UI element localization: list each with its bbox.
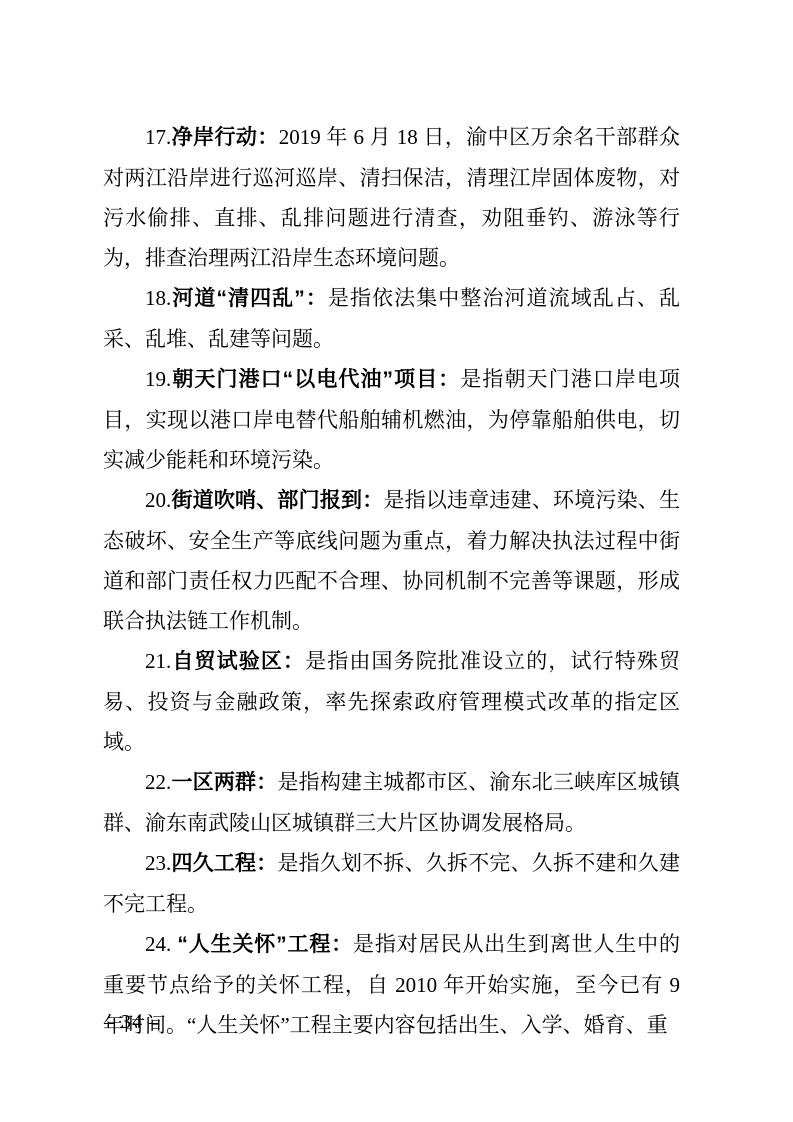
entry-number: 22. <box>145 770 171 794</box>
entry-number: 21. <box>145 649 171 673</box>
page-number: – 34 – <box>104 1008 160 1036</box>
entry-number: 23. <box>145 851 171 875</box>
glossary-entry: 24. “人生关怀”工程：是指对居民从出生到离世人生中的重要节点给予的关怀工程，… <box>103 924 680 1045</box>
glossary-entry: 22.一区两群：是指构建主城都市区、渝东北三峡库区城镇群、渝东南武陵山区城镇群三… <box>103 762 680 843</box>
glossary-entry: 18.河道“清四乱”：是指依法集中整治河道流域乱占、乱采、乱堆、乱建等问题。 <box>103 278 680 359</box>
entry-term: 街道吹哨、部门报到： <box>171 489 383 512</box>
entry-term: “人生关怀”工程： <box>177 933 353 956</box>
glossary-entry: 17.净岸行动：2019 年 6 月 18 日，渝中区万余名干部群众对两江沿岸进… <box>103 117 680 278</box>
entry-number: 17. <box>145 125 171 149</box>
entry-term: 一区两群： <box>171 771 277 794</box>
entry-term: 朝天门港口“以电代油”项目： <box>171 368 460 391</box>
glossary-list: 17.净岸行动：2019 年 6 月 18 日，渝中区万余名干部群众对两江沿岸进… <box>103 117 680 1045</box>
entry-term: 自贸试验区： <box>171 650 305 673</box>
glossary-entry: 19.朝天门港口“以电代油”项目：是指朝天门港口岸电项目，实现以港口岸电替代船舶… <box>103 359 680 480</box>
document-page: 17.净岸行动：2019 年 6 月 18 日，渝中区万余名干部群众对两江沿岸进… <box>0 0 793 1122</box>
entry-term: 四久工程： <box>171 852 277 875</box>
glossary-entry: 23.四久工程：是指久划不拆、久拆不完、久拆不建和久建不完工程。 <box>103 843 680 924</box>
entry-number: 20. <box>145 488 171 512</box>
glossary-entry: 20.街道吹哨、部门报到：是指以违章违建、环境污染、生态破坏、安全生产等底线问题… <box>103 480 680 641</box>
entry-number: 19. <box>145 367 171 391</box>
entry-number: 24. <box>145 932 177 956</box>
entry-number: 18. <box>145 286 171 310</box>
entry-term: 净岸行动： <box>171 126 279 149</box>
glossary-entry: 21.自贸试验区：是指由国务院批准设立的，试行特殊贸易、投资与金融政策，率先探索… <box>103 641 680 762</box>
entry-term: 河道“清四乱”： <box>171 287 328 310</box>
